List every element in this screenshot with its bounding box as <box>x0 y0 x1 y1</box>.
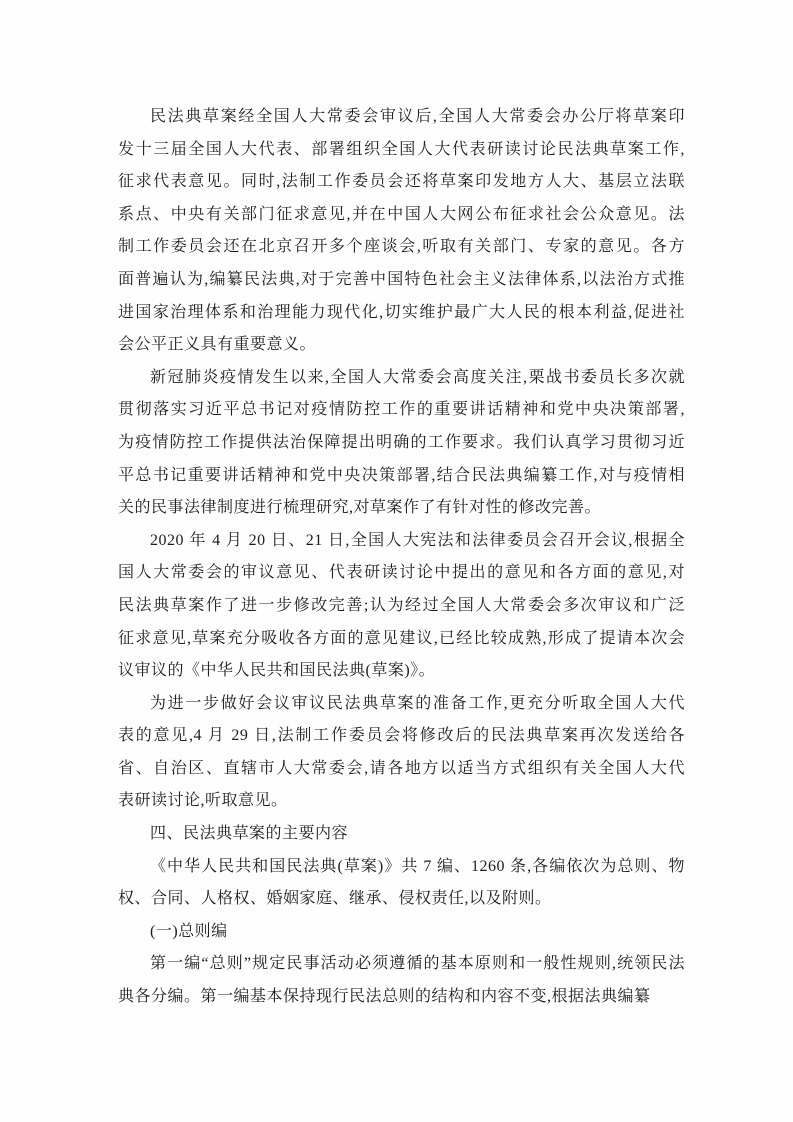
text-line: 关的民事法律制度进行梳理研究,对草案作了有针对性的修改完善。 <box>118 492 685 525</box>
text-line: 第一编“总则”规定民事活动必须遵循的基本原则和一般性规则,统领民法 <box>118 948 685 981</box>
text-line: 议审议的《中华人民共和国民法典(草案)》。 <box>118 655 685 688</box>
text-line: 典各分编。第一编基本保持现行民法总则的结构和内容不变,根据法典编纂 <box>118 981 685 1014</box>
text-line: 进国家治理体系和治理能力现代化,切实维护最广大人民的根本利益,促进社 <box>118 297 685 330</box>
text-line: 权、合同、人格权、婚姻家庭、继承、侵权责任,以及附则。 <box>118 883 685 916</box>
text-line: 新冠肺炎疫情发生以来,全国人大常委会高度关注,栗战书委员长多次就 <box>118 362 685 395</box>
section-heading-main-content: 四、民法典草案的主要内容 <box>118 818 685 851</box>
section-heading-line: 四、民法典草案的主要内容 <box>118 818 685 851</box>
paragraph-general-provisions: 第一编“总则”规定民事活动必须遵循的基本原则和一般性规则,统领民法 典各分编。第… <box>118 948 685 1013</box>
text-line: 贯彻落实习近平总书记对疫情防控工作的重要讲话精神和党中央决策部署, <box>118 394 685 427</box>
text-line: 为疫情防控工作提供法治保障提出明确的工作要求。我们认真学习贯彻习近 <box>118 427 685 460</box>
paragraph-committee-meeting: 2020 年 4 月 20 日、21 日,全国人大宪法和法律委员会召开会议,根据… <box>118 525 685 688</box>
paragraph-code-structure: 《中华人民共和国民法典(草案)》共 7 编、1260 条,各编依次为总则、物 权… <box>118 851 685 916</box>
text-line: 国人大常委会的审议意见、代表研读讨论中提出的意见和各方面的意见,对 <box>118 557 685 590</box>
text-line: 征求意见,草案充分吸收各方面的意见建议,已经比较成熟,形成了提请本次会 <box>118 623 685 656</box>
text-line: 省、自治区、直辖市人大常委会,请各地方以适当方式组织有关全国人大代 <box>118 753 685 786</box>
text-line: 面普遍认为,编纂民法典,对于完善中国特色社会主义法律体系,以法治方式推 <box>118 264 685 297</box>
document-text-block: 民法典草案经全国人大常委会审议后,全国人大常委会办公厅将草案印 发十三届全国人大… <box>118 101 685 1014</box>
text-line: 制工作委员会还在北京召开多个座谈会,听取有关部门、专家的意见。各方 <box>118 231 685 264</box>
subsection-heading-line: (一)总则编 <box>118 916 685 949</box>
text-line: 表的意见,4 月 29 日,法制工作委员会将修改后的民法典草案再次发送给各 <box>118 720 685 753</box>
subsection-heading-general-provisions: (一)总则编 <box>118 916 685 949</box>
text-line: 系点、中央有关部门征求意见,并在中国人大网公布征求社会公众意见。法 <box>118 199 685 232</box>
paragraph-review-process: 民法典草案经全国人大常委会审议后,全国人大常委会办公厅将草案印 发十三届全国人大… <box>118 101 685 362</box>
text-line: 为进一步做好会议审议民法典草案的准备工作,更充分听取全国人大代 <box>118 688 685 721</box>
text-line: 民法典草案作了进一步修改完善;认为经过全国人大常委会多次审议和广泛 <box>118 590 685 623</box>
document-page: 民法典草案经全国人大常委会审议后,全国人大常委会办公厅将草案印 发十三届全国人大… <box>0 0 793 1122</box>
text-line: 平总书记重要讲话精神和党中央决策部署,结合民法典编纂工作,对与疫情相 <box>118 460 685 493</box>
paragraph-epidemic: 新冠肺炎疫情发生以来,全国人大常委会高度关注,栗战书委员长多次就 贯彻落实习近平… <box>118 362 685 525</box>
text-line: 民法典草案经全国人大常委会审议后,全国人大常委会办公厅将草案印 <box>118 101 685 134</box>
paragraph-preparation: 为进一步做好会议审议民法典草案的准备工作,更充分听取全国人大代 表的意见,4 月… <box>118 688 685 818</box>
text-line: 发十三届全国人大代表、部署组织全国人大代表研读讨论民法典草案工作, <box>118 134 685 167</box>
text-line: 征求代表意见。同时,法制工作委员会还将草案印发地方人大、基层立法联 <box>118 166 685 199</box>
text-line: 2020 年 4 月 20 日、21 日,全国人大宪法和法律委员会召开会议,根据… <box>118 525 685 558</box>
text-line: 会公平正义具有重要意义。 <box>118 329 685 362</box>
text-line: 表研读讨论,听取意见。 <box>118 785 685 818</box>
text-line: 《中华人民共和国民法典(草案)》共 7 编、1260 条,各编依次为总则、物 <box>118 851 685 884</box>
